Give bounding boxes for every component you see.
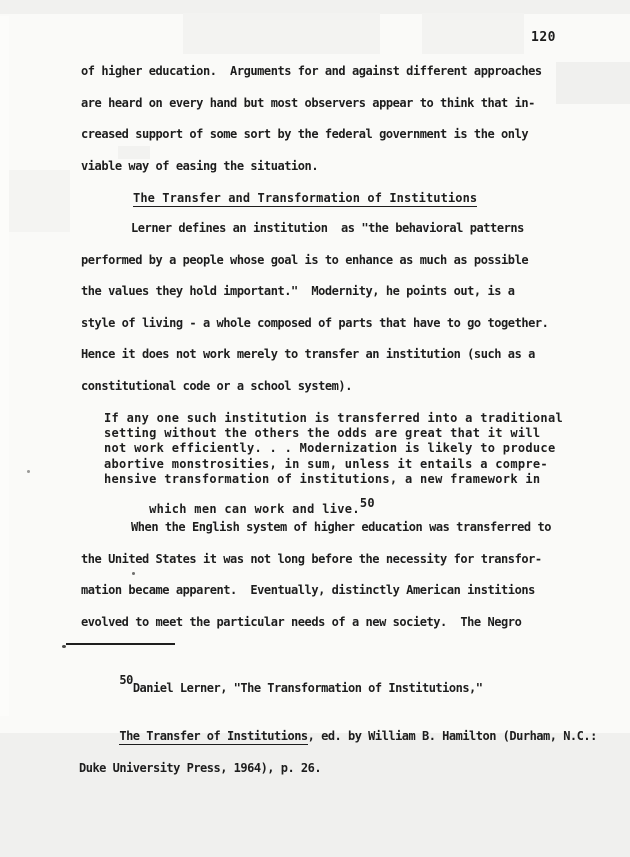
text-line: performed by a people whose goal is to e… (81, 245, 548, 277)
paragraph-english-system: When the English system of higher educat… (81, 512, 551, 638)
footnote-second-line: The Transfer of Institutions, ed. by Wil… (79, 712, 597, 760)
text-line: not work efficiently. . . Modernization … (104, 441, 563, 456)
text-line: hensive transformation of institutions, … (104, 472, 563, 487)
document-page: 120 of higher education. Arguments for a… (0, 0, 630, 857)
footnote-marker: 50 (119, 673, 132, 687)
scan-artifact (0, 16, 9, 716)
text-line: style of living - a whole composed of pa… (81, 308, 548, 340)
footnote-reference-marker: 50 (360, 496, 375, 510)
footnote-book-title: The Transfer of Institutions (119, 729, 307, 745)
text-line: Lerner defines an institution as "the be… (81, 213, 548, 245)
section-heading-text: The Transfer and Transformation of Insti… (133, 191, 477, 207)
text-line: are heard on every hand but most observe… (81, 88, 542, 120)
paragraph-lerner-definition: Lerner defines an institution as "the be… (81, 213, 548, 402)
page-number: 120 (531, 30, 556, 45)
text-line: of higher education. Arguments for and a… (81, 56, 542, 88)
text-line: mation became apparent. Eventually, dist… (81, 575, 551, 607)
scan-artifact (0, 170, 70, 232)
footnote-separator-rule (66, 643, 175, 645)
section-heading: The Transfer and Transformation of Insti… (133, 190, 477, 207)
paragraph-continued: of higher education. Arguments for and a… (81, 56, 542, 182)
text-line: setting without the others the odds are … (104, 426, 563, 441)
text-line: When the English system of higher educat… (81, 512, 551, 544)
footnote-first-line: 50Daniel Lerner, "The Transformation of … (79, 664, 597, 712)
footnote: 50Daniel Lerner, "The Transformation of … (79, 664, 597, 776)
text-line: creased support of some sort by the fede… (81, 119, 542, 151)
text-line: abortive monstrosities, in sum, unless i… (104, 457, 563, 472)
footnote-third-line: Duke University Press, 1964), p. 26. (79, 760, 597, 776)
scan-artifact (556, 62, 630, 104)
scan-artifact (422, 13, 524, 54)
scan-artifact (183, 13, 380, 54)
footnote-line1-text: Daniel Lerner, "The Transformation of In… (133, 681, 483, 695)
scan-speck (62, 645, 66, 648)
footnote-line2-rest: , ed. by William B. Hamilton (Durham, N.… (308, 729, 597, 743)
block-quote-lines: If any one such institution is transferr… (104, 411, 563, 487)
scan-speck (27, 470, 30, 473)
text-line: Hence it does not work merely to transfe… (81, 339, 548, 371)
text-line: the United States it was not long before… (81, 544, 551, 576)
text-line: the values they hold important." Moderni… (81, 276, 548, 308)
text-line: viable way of easing the situation. (81, 151, 542, 183)
scan-artifact (0, 0, 630, 14)
text-line: constitutional code or a school system). (81, 371, 548, 403)
text-line: If any one such institution is transferr… (104, 411, 563, 426)
text-line: evolved to meet the particular needs of … (81, 607, 551, 639)
